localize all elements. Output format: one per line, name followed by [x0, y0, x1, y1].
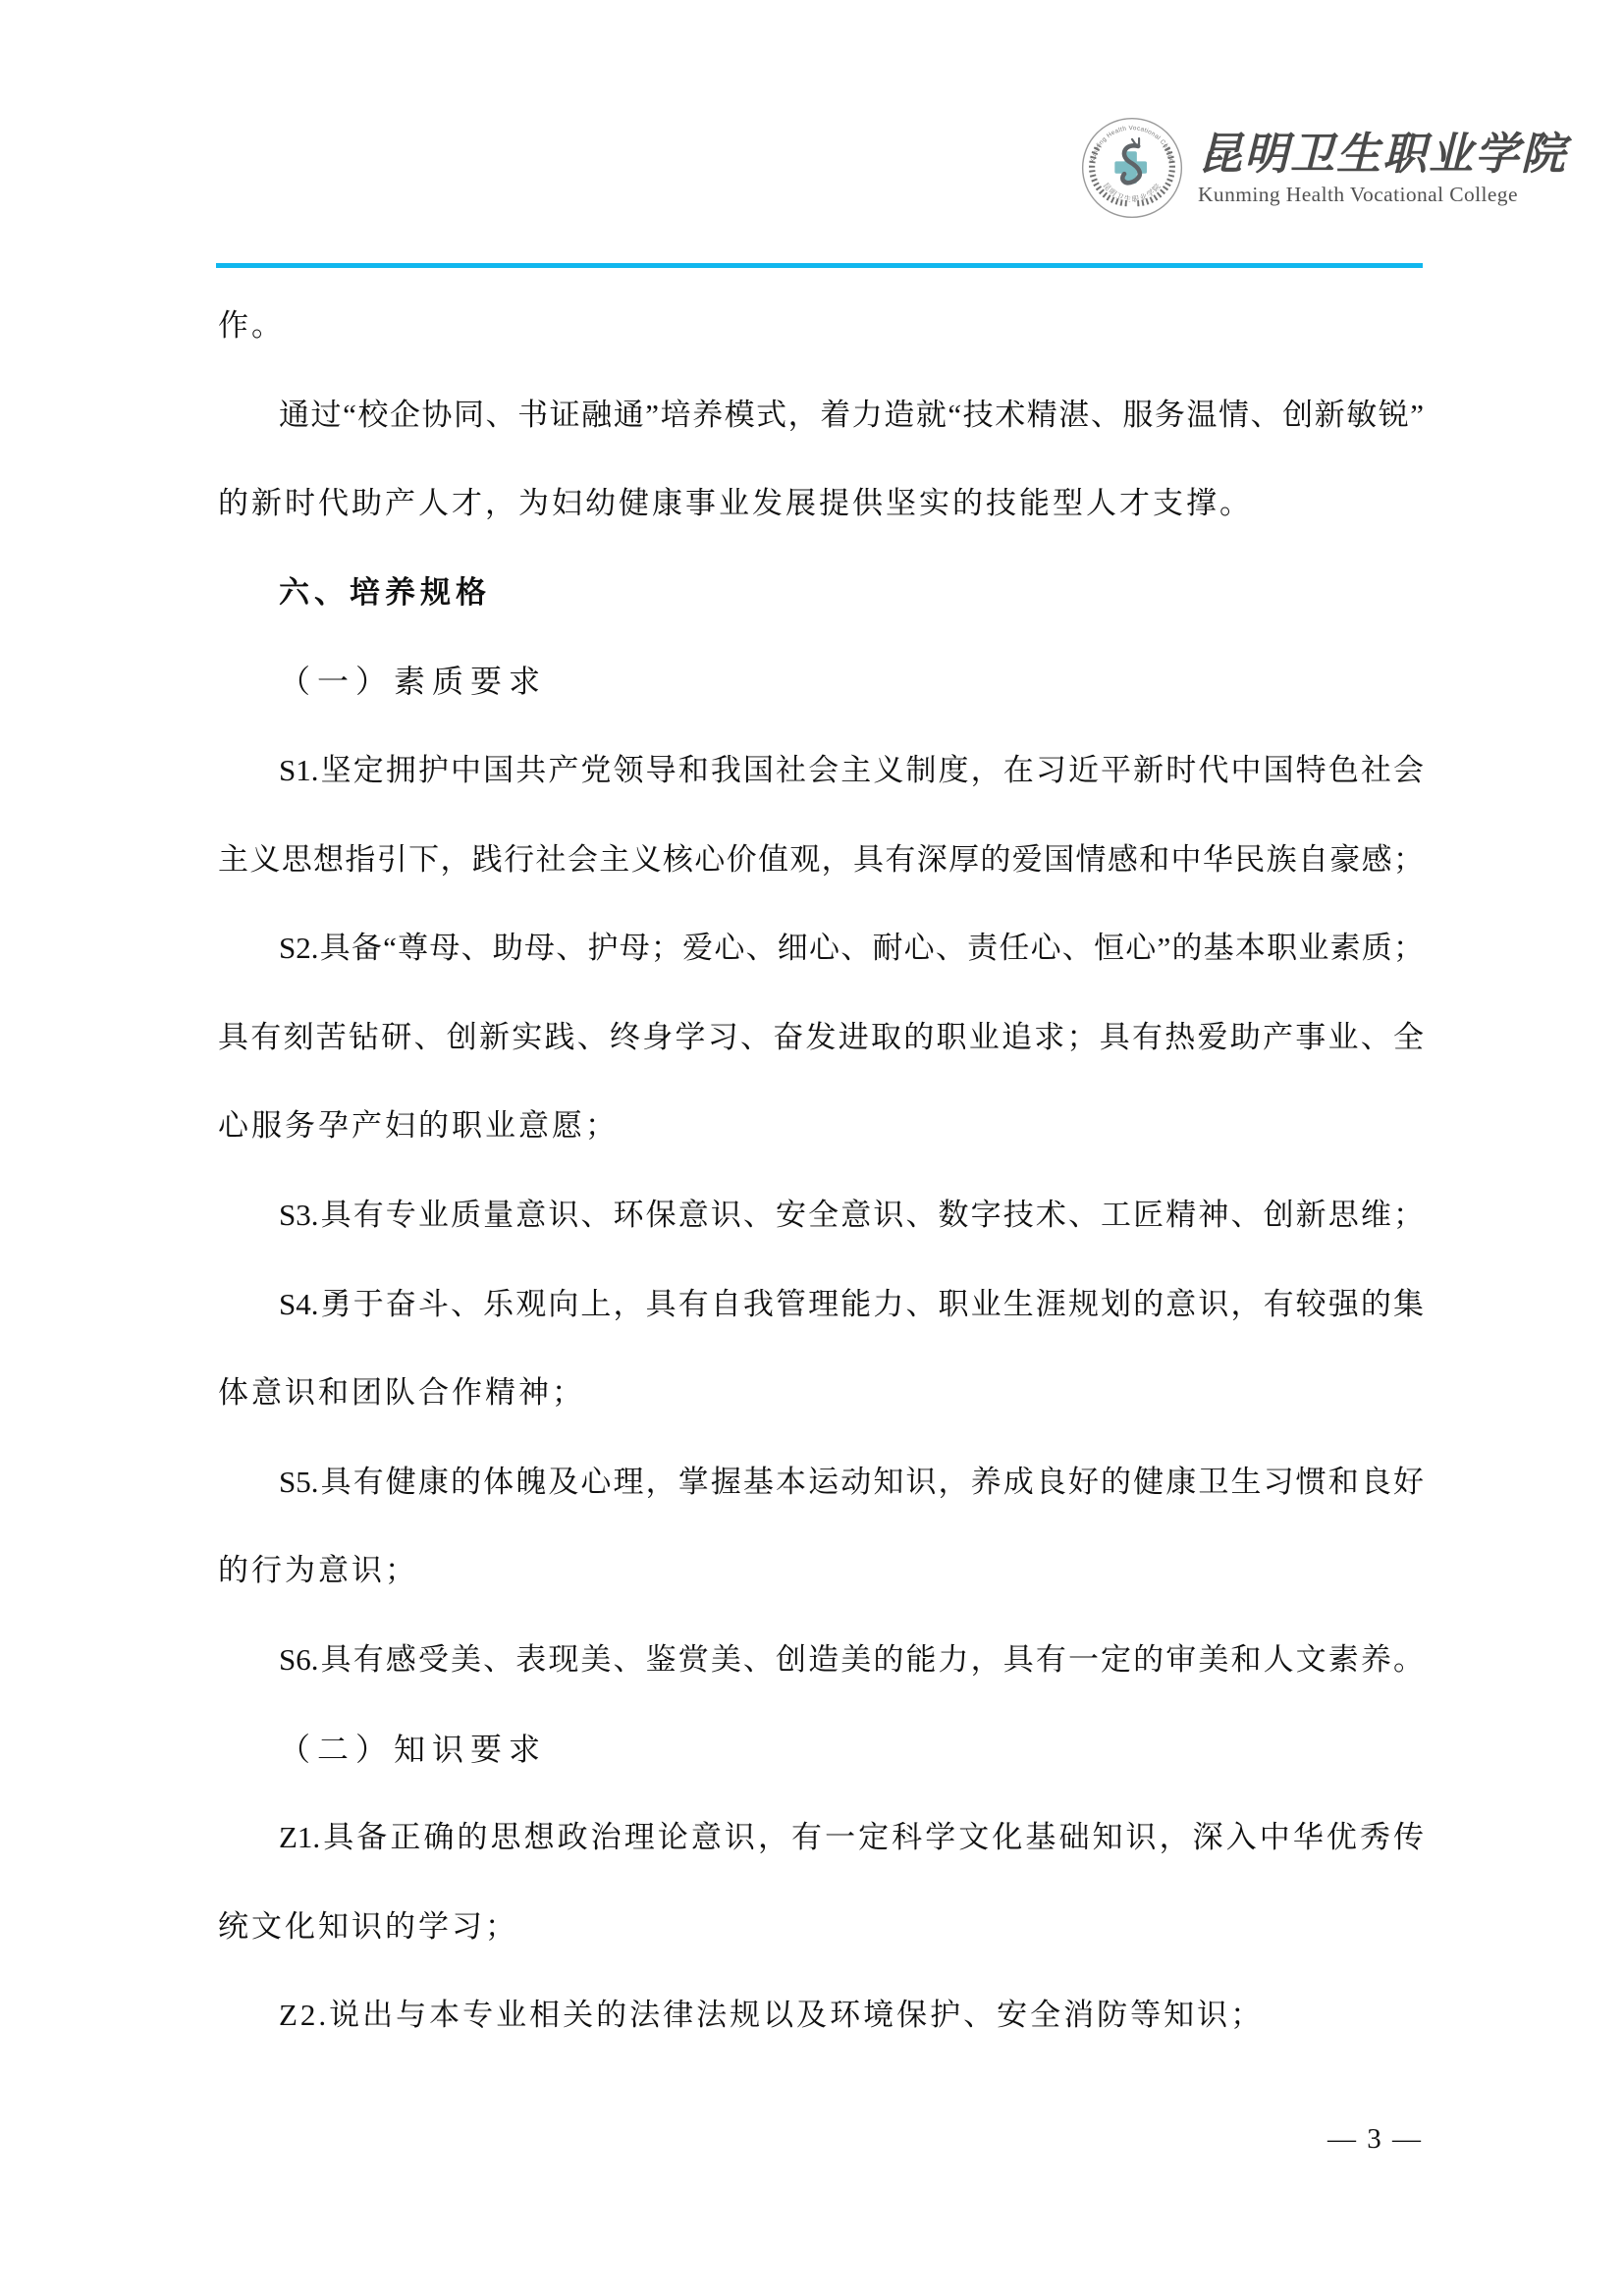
text-line: 心服务孕产妇的职业意愿； [218, 1106, 1424, 1196]
header-rule [216, 263, 1423, 268]
text-line: S4.勇于奋斗、乐观向上，具有自我管理能力、职业生涯规划的意识，有较强的集 [218, 1285, 1424, 1374]
text-line: 具有刻苦钻研、创新实践、终身学习、奋发进取的职业追求；具有热爱助产事业、全 [218, 1018, 1424, 1107]
text-line: 的行为意识； [218, 1551, 1424, 1640]
text-line: 主义思想指引下，践行社会主义核心价值观，具有深厚的爱国情感和中华民族自豪感； [218, 840, 1424, 930]
college-name-en: Kunming Health Vocational College [1198, 182, 1567, 207]
heading-line: （一）素质要求 [218, 662, 1424, 751]
document-page: Kunming Health Vocational College 昆明卫生职业… [0, 0, 1624, 2296]
text-line: Z1.具备正确的思想政治理论意识，有一定科学文化基础知识，深入中华优秀传 [218, 1818, 1424, 1907]
heading-line: 六、培养规格 [218, 573, 1424, 663]
document-body: 作。通过“校企协同、书证融通”培养模式，着力造就“技术精湛、服务温情、创新敏锐”… [218, 306, 1424, 2085]
text-line: 作。 [218, 306, 1424, 396]
college-name-zh: 昆明卫生职业学院 [1198, 130, 1567, 179]
text-line: 统文化知识的学习； [218, 1907, 1424, 1997]
text-line: S6.具有感受美、表现美、鉴赏美、创造美的能力，具有一定的审美和人文素养。 [218, 1640, 1424, 1730]
page-number: — 3 — [1327, 2123, 1423, 2156]
text-line: S3.具有专业质量意识、环保意识、安全意识、数字技术、工匠精神、创新思维； [218, 1196, 1424, 1285]
header-block: Kunming Health Vocational College 昆明卫生职业… [1080, 116, 1567, 220]
text-line: 的新时代助产人才，为妇幼健康事业发展提供坚实的技能型人才支撑。 [218, 484, 1424, 573]
text-line: 体意识和团队合作精神； [218, 1373, 1424, 1463]
text-line: 通过“校企协同、书证融通”培养模式，着力造就“技术精湛、服务温情、创新敏锐” [218, 396, 1424, 485]
text-line: S2.具备“尊母、助母、护母；爱心、细心、耐心、责任心、恒心”的基本职业素质； [218, 929, 1424, 1018]
college-names: 昆明卫生职业学院 Kunming Health Vocational Colle… [1198, 130, 1567, 207]
heading-line: （二）知识要求 [218, 1730, 1424, 1819]
text-line: Z2.说出与本专业相关的法律法规以及环境保护、安全消防等知识； [218, 1996, 1424, 2085]
text-line: S5.具有健康的体魄及心理，掌握基本运动知识，养成良好的健康卫生习惯和良好 [218, 1463, 1424, 1552]
college-seal-logo: Kunming Health Vocational College 昆明卫生职业… [1080, 116, 1184, 220]
text-line: S1.坚定拥护中国共产党领导和我国社会主义制度，在习近平新时代中国特色社会 [218, 751, 1424, 840]
